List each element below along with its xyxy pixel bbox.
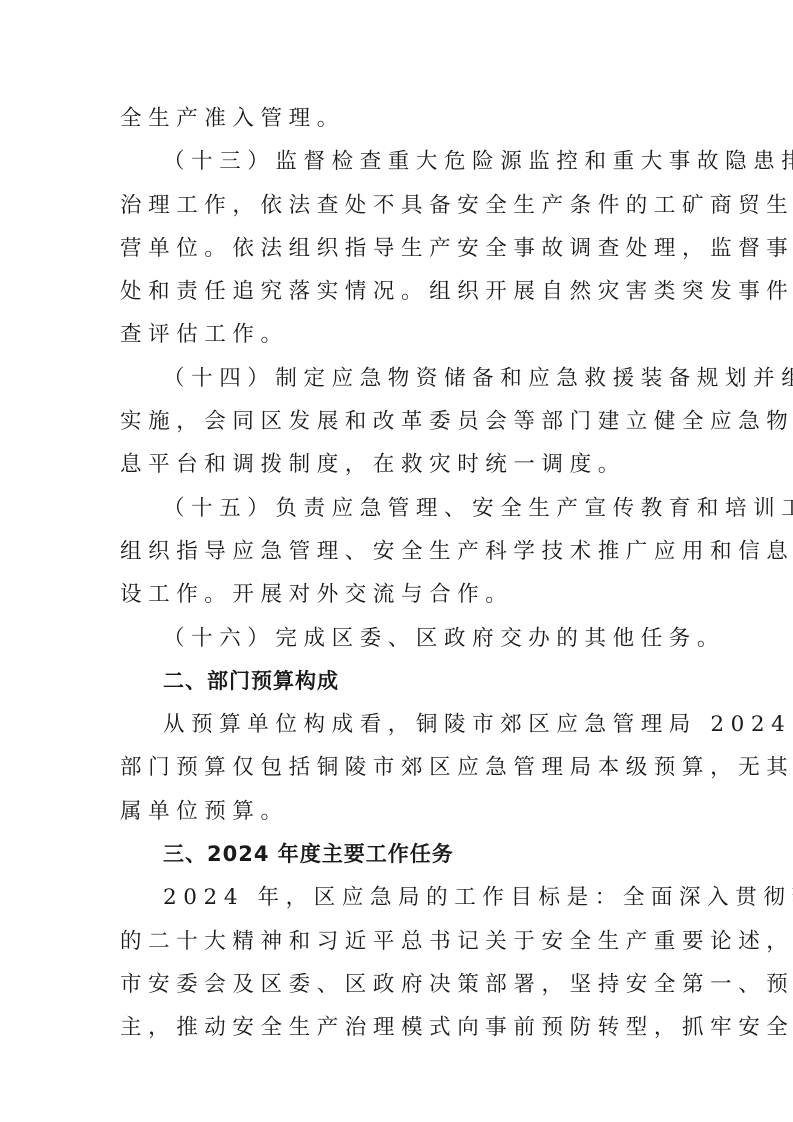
section2-line: 从预算单位构成看，铜陵市郊区应急管理局 2024 年度 [120,703,687,746]
item-15-line: 设工作。开展对外交流与合作。 [120,573,687,616]
item-13-line: 处和责任追究落实情况。组织开展自然灾害类突发事件的调 [120,270,687,313]
section3-line: 市安委会及区委、区政府决策部署，坚持安全第一、预防为 [120,963,687,1006]
section3-line: 的二十大精神和习近平总书记关于安全生产重要论述，按照 [120,920,687,963]
item-14-line: 实施，会同区发展和改革委员会等部门建立健全应急物资信 [120,400,687,443]
section-heading-budget-composition: 二、部门预算构成 [120,660,687,703]
section3-line: 主，推动安全生产治理模式向事前预防转型，抓牢安全生产 [120,1006,687,1049]
item-13-line: （十三）监督检查重大危险源监控和重大事故隐患排查 [120,140,687,183]
item-13-line: 治理工作，依法查处不具备安全生产条件的工矿商贸生产经 [120,184,687,227]
item-13-line: 查评估工作。 [120,313,687,356]
item-16-line: （十六）完成区委、区政府交办的其他任务。 [120,617,687,660]
item-15-line: 组织指导应急管理、安全生产科学技术推广应用和信息化建 [120,530,687,573]
item-13-line: 营单位。依法组织指导生产安全事故调查处理，监督事故查 [120,227,687,270]
document-page: 全生产准入管理。 （十三）监督检查重大危险源监控和重大事故隐患排查 治理工作，依… [120,97,687,1050]
paragraph-line: 全生产准入管理。 [120,97,687,140]
section2-line: 属单位预算。 [120,790,687,833]
section2-line: 部门预算仅包括铜陵市郊区应急管理局本级预算，无其他下 [120,746,687,789]
section-heading-main-tasks: 三、2024 年度主要工作任务 [120,833,687,876]
item-14-line: （十四）制定应急物资储备和应急救援装备规划并组织 [120,357,687,400]
section3-line: 2024 年，区应急局的工作目标是：全面深入贯彻落实党 [120,876,687,919]
item-14-line: 息平台和调拨制度，在救灾时统一调度。 [120,443,687,486]
item-15-line: （十五）负责应急管理、安全生产宣传教育和培训工作， [120,487,687,530]
